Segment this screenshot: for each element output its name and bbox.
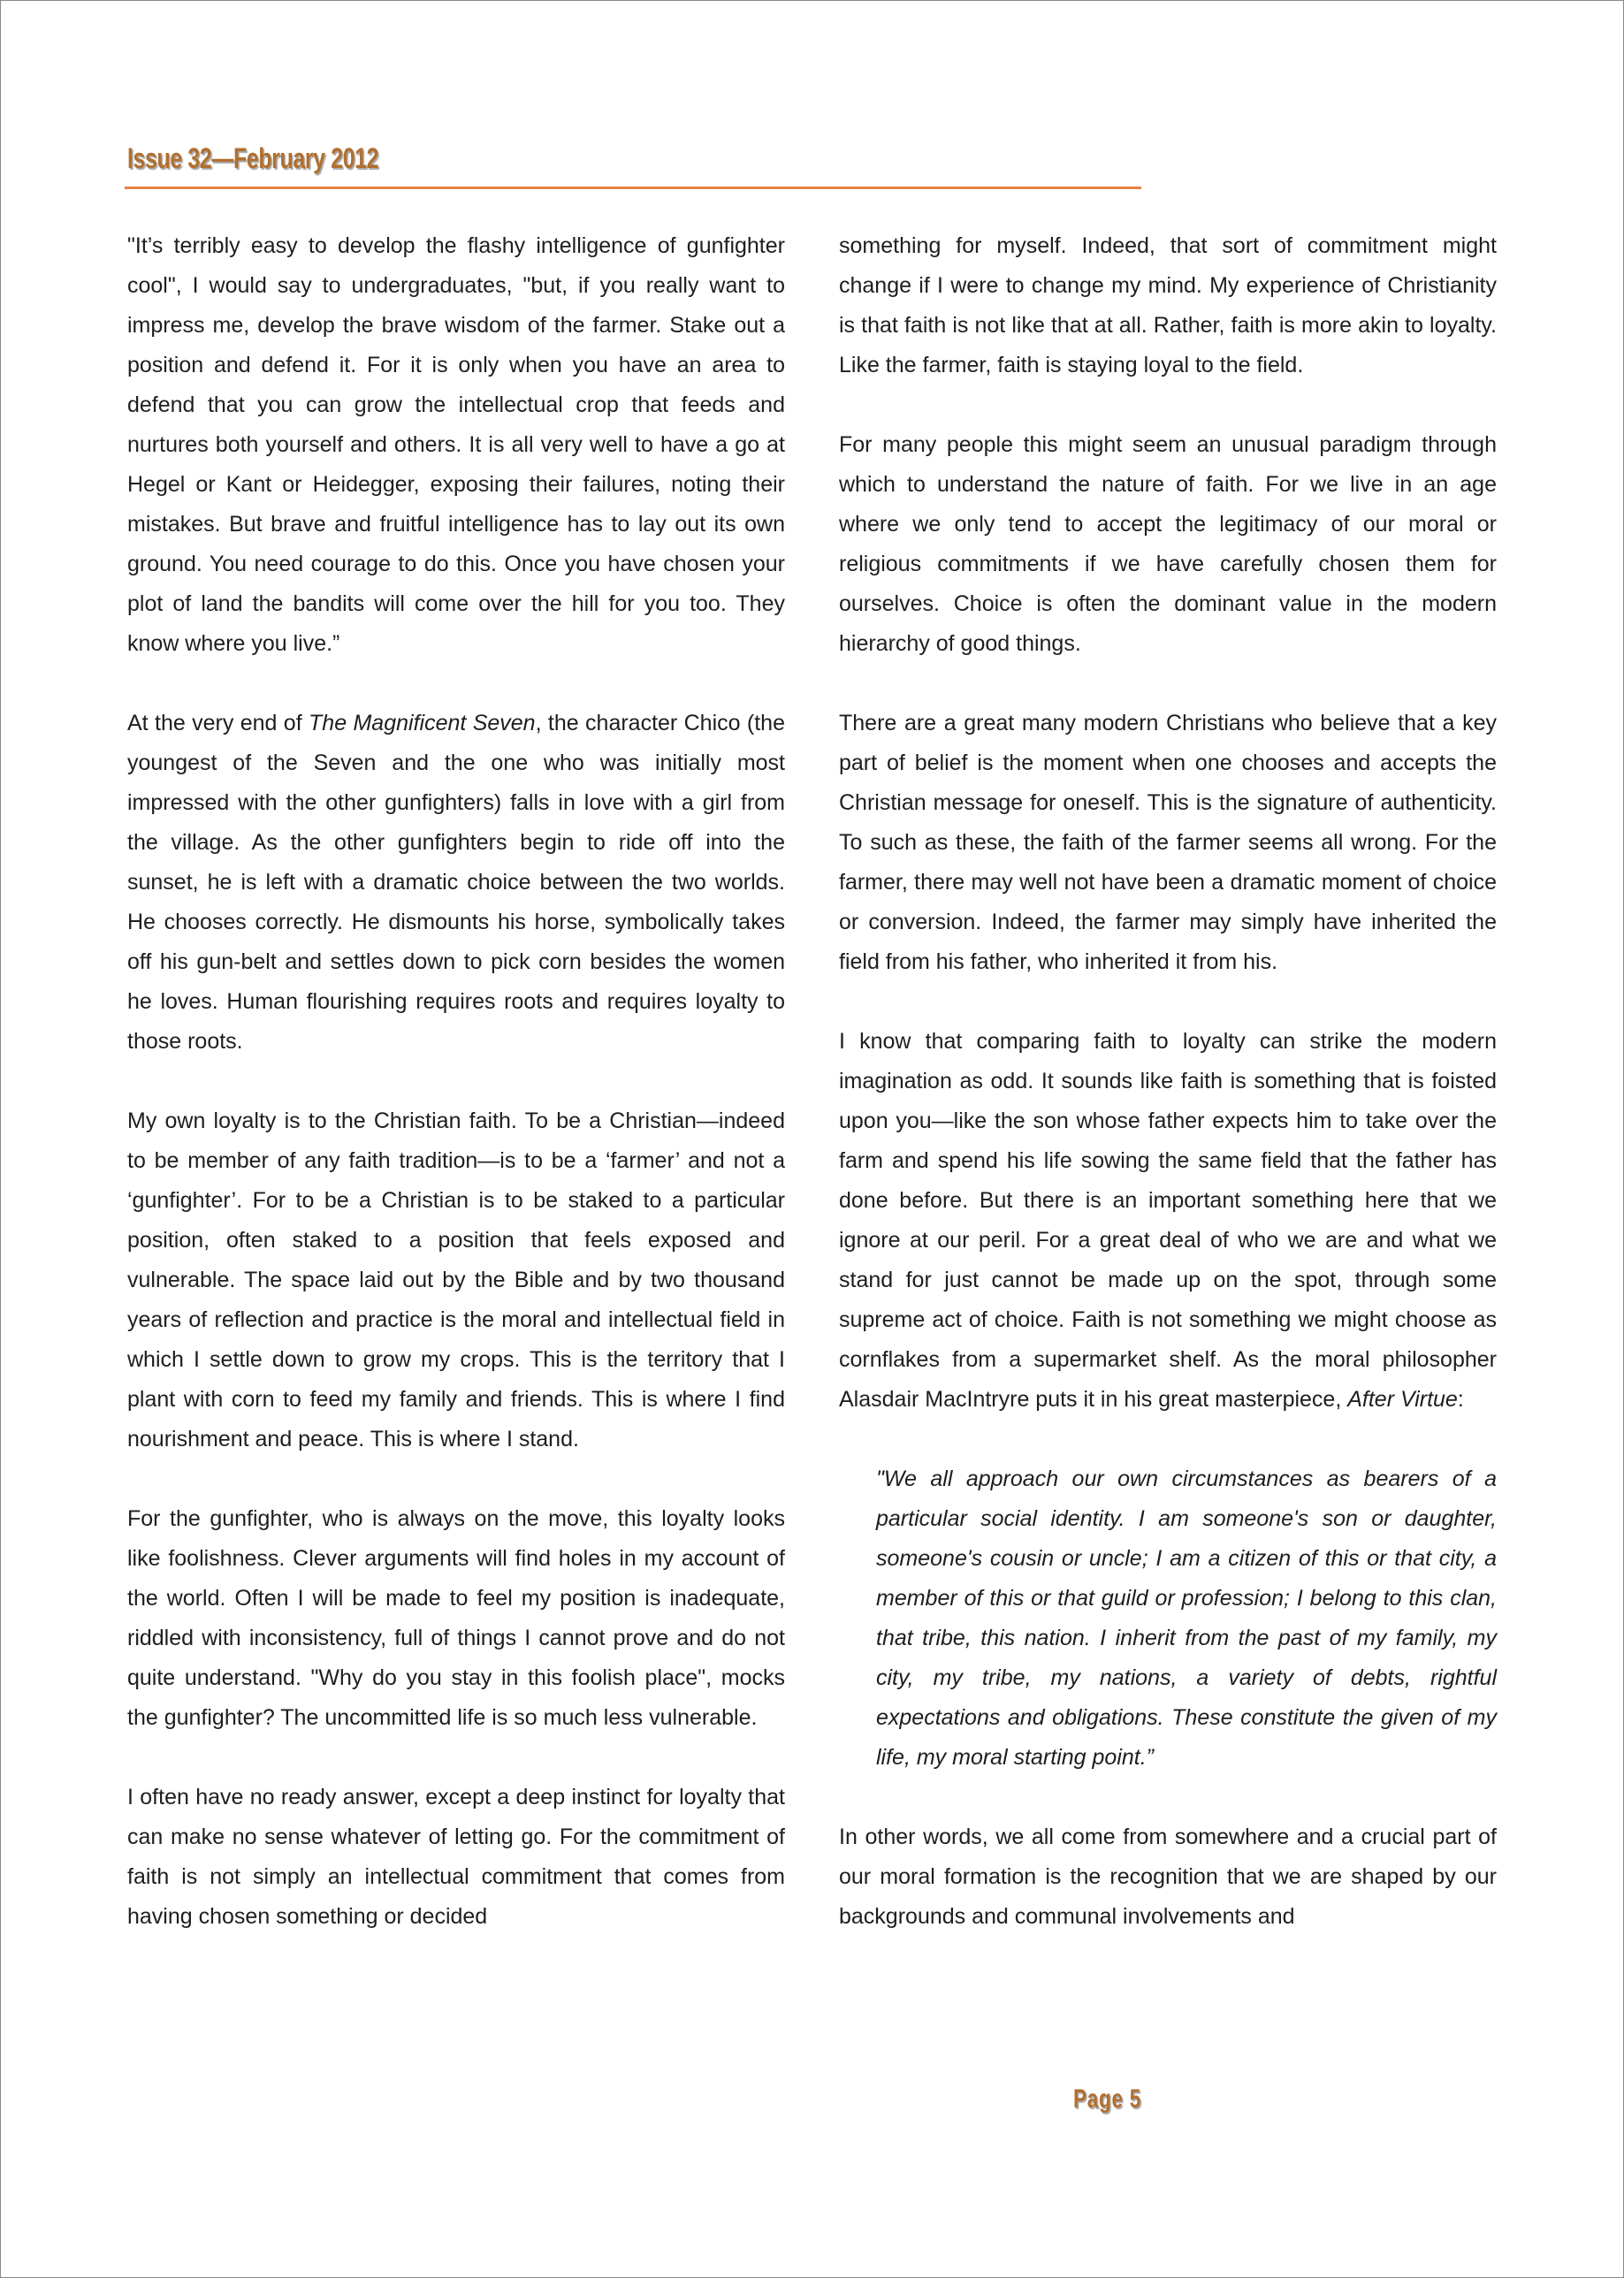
header-rule-divider [125,187,1141,189]
paragraph-faith-loyalty: something for myself. Indeed, that sort … [839,226,1497,385]
text-run: At the very end of [127,711,309,735]
paragraph-magnificent-seven: At the very end of The Magnificent Seven… [127,704,785,1062]
left-column: "It’s terribly easy to develop the flash… [127,226,785,1937]
text-run: , the character Chico (the youngest of t… [127,711,785,1054]
right-column: something for myself. Indeed, that sort … [839,226,1497,1937]
page-number: Page 5 [1073,2084,1141,2114]
book-title-italic: After Virtue [1347,1387,1458,1412]
paragraph-christian-loyalty: My own loyalty is to the Christian faith… [127,1101,785,1459]
paragraph-in-other-words: In other words, we all come from somewhe… [839,1817,1497,1937]
paragraph-ready-answer: I often have no ready answer, except a d… [127,1778,785,1937]
block-quote-macintyre: "We all approach our own circumstances a… [876,1459,1497,1778]
text-run: I know that comparing faith to loyalty c… [839,1029,1497,1412]
paragraph-unusual-paradigm: For many people this might seem an unusu… [839,425,1497,664]
document-page: Issue 32—February 2012 "It’s terribly ea… [0,0,1624,2278]
paragraph-quote-undergraduates: "It’s terribly easy to develop the flash… [127,226,785,664]
paragraph-comparing-faith: I know that comparing faith to loyalty c… [839,1022,1497,1420]
issue-header: Issue 32—February 2012 [127,142,378,175]
paragraph-gunfighter-foolishness: For the gunfighter, who is always on the… [127,1499,785,1738]
text-run: : [1458,1387,1464,1412]
paragraph-modern-christians: There are a great many modern Christians… [839,704,1497,982]
film-title-italic: The Magnificent Seven [309,711,536,735]
